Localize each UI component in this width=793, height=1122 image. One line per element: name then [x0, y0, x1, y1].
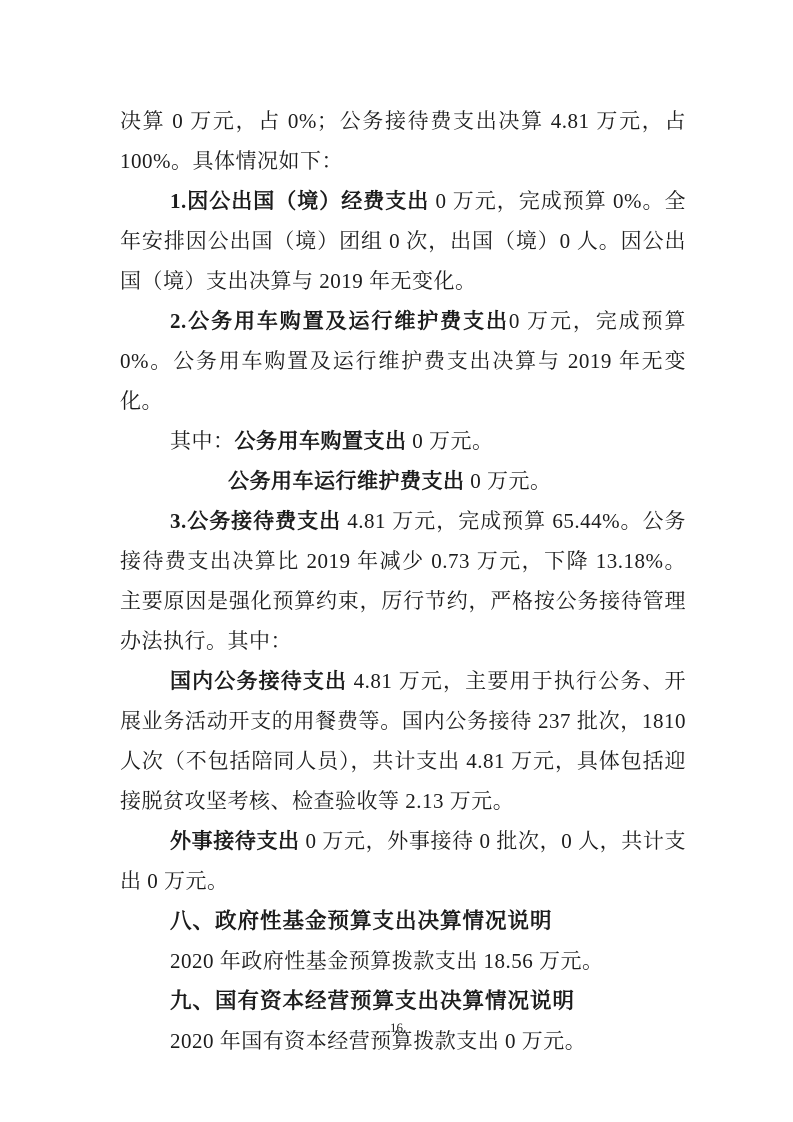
para-foreign-reception: 外事接待支出 0 万元，外事接待 0 批次，0 人，共计支出 0 万元。 — [120, 821, 686, 901]
text-run: 其中： — [170, 429, 235, 453]
para-gov-fund: 2020 年政府性基金预算拨款支出 18.56 万元。 — [120, 941, 686, 981]
para-vehicle-operation: 公务用车运行维护费支出 0 万元。 — [120, 461, 686, 501]
para-reception-expense: 3.公务接待费支出 4.81 万元，完成预算 65.44%。公务接待费支出决算比… — [120, 501, 686, 661]
page-number: 16 — [0, 1020, 793, 1036]
bold-run: 国内公务接待支出 — [170, 669, 347, 693]
bold-run: 3.公务接待费支出 — [170, 509, 341, 533]
text-run: 决算 0 万元，占 0%；公务接待费支出决算 4.81 万元，占 100%。具体… — [120, 109, 686, 173]
bold-run: 2.公务用车购置及运行维护费支出 — [170, 309, 509, 333]
para-vehicle-expense: 2.公务用车购置及运行维护费支出0 万元，完成预算 0%。公务用车购置及运行维护… — [120, 301, 686, 421]
bold-run: 公务用车购置支出 — [235, 429, 407, 453]
bold-run: 外事接待支出 — [170, 829, 300, 853]
document-page: 决算 0 万元，占 0%；公务接待费支出决算 4.81 万元，占 100%。具体… — [0, 0, 793, 1122]
para-carryover: 决算 0 万元，占 0%；公务接待费支出决算 4.81 万元，占 100%。具体… — [120, 101, 686, 181]
para-domestic-reception: 国内公务接待支出 4.81 万元，主要用于执行公务、开展业务活动开支的用餐费等。… — [120, 661, 686, 821]
heading-section-8: 八、政府性基金预算支出决算情况说明 — [120, 901, 686, 941]
heading-section-9: 九、国有资本经营预算支出决算情况说明 — [120, 981, 686, 1021]
text-run: 2020 年政府性基金预算拨款支出 18.56 万元。 — [170, 949, 604, 973]
bold-run: 公务用车运行维护费支出 — [228, 469, 465, 493]
para-abroad-expense: 1.因公出国（境）经费支出 0 万元，完成预算 0%。全年安排因公出国（境）团组… — [120, 181, 686, 301]
text-run: 0 万元。 — [407, 429, 494, 453]
page-body: 决算 0 万元，占 0%；公务接待费支出决算 4.81 万元，占 100%。具体… — [120, 101, 686, 1061]
text-run: 0 万元。 — [465, 469, 552, 493]
para-vehicle-purchase: 其中：公务用车购置支出 0 万元。 — [120, 421, 686, 461]
bold-run: 1.因公出国（境）经费支出 — [170, 189, 429, 213]
